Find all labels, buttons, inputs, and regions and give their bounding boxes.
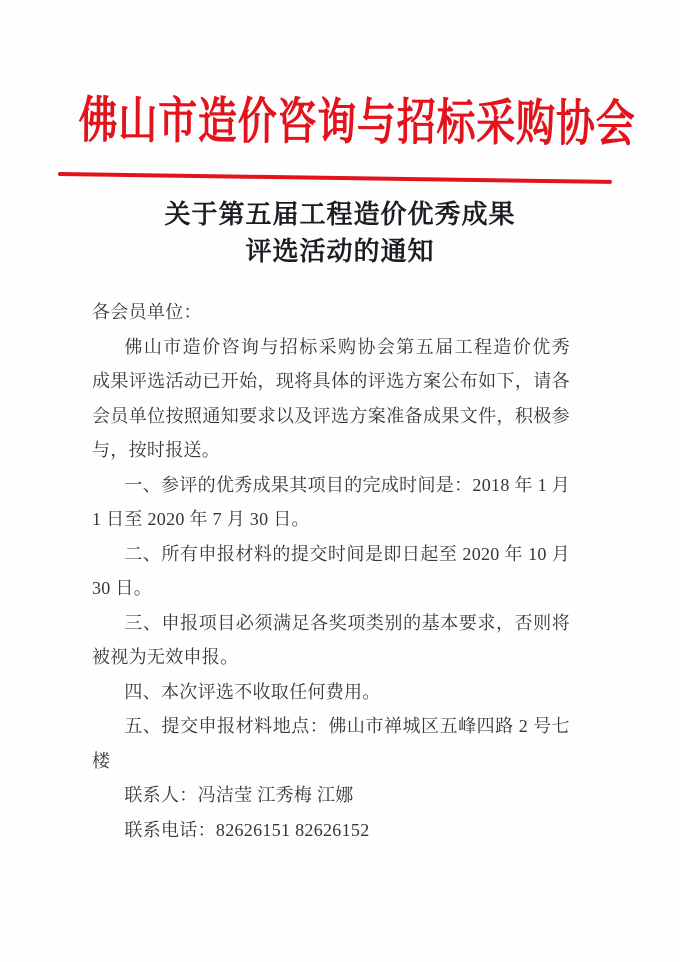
- body-line: 四、本次评选不收取任何费用。: [92, 675, 570, 710]
- letterhead-org-name: 佛山市造价咨询与招标采购协会: [78, 90, 635, 154]
- document-title-line1: 关于第五届工程造价优秀成果: [0, 196, 680, 233]
- body-line: 联系电话：82626151 82626152: [92, 813, 570, 848]
- body-line: 会员单位按照通知要求以及评选方案准备成果文件，积极参: [92, 399, 570, 434]
- body-line: 楼: [92, 744, 570, 779]
- document-title: 关于第五届工程造价优秀成果 评选活动的通知: [0, 196, 680, 270]
- body-line: 二、所有申报材料的提交时间是即日起至 2020 年 10 月: [92, 537, 570, 572]
- red-divider-rule: [58, 172, 612, 184]
- body-line: 1 日至 2020 年 7 月 30 日。: [92, 502, 570, 537]
- body-line: 与，按时报送。: [92, 433, 570, 468]
- body-line: 30 日。: [92, 571, 570, 606]
- body-line: 五、提交申报材料地点：佛山市禅城区五峰四路 2 号七: [92, 709, 570, 744]
- body-line: 联系人：冯洁莹 江秀梅 江娜: [92, 778, 570, 813]
- body-line: 被视为无效申报。: [92, 640, 570, 675]
- body-line: 各会员单位：: [92, 295, 570, 330]
- document-body: 各会员单位：佛山市造价咨询与招标采购协会第五届工程造价优秀成果评选活动已开始，现…: [92, 295, 570, 847]
- letterhead: 佛山市造价咨询与招标采购协会: [0, 92, 680, 152]
- document-title-line2: 评选活动的通知: [0, 233, 680, 270]
- body-line: 成果评选活动已开始，现将具体的评选方案公布如下，请各: [92, 364, 570, 399]
- body-line: 三、申报项目必须满足各奖项类别的基本要求，否则将: [92, 606, 570, 641]
- body-line: 佛山市造价咨询与招标采购协会第五届工程造价优秀: [92, 330, 570, 365]
- scanned-notice-page: 佛山市造价咨询与招标采购协会 关于第五届工程造价优秀成果 评选活动的通知 各会员…: [0, 0, 680, 962]
- body-line: 一、参评的优秀成果其项目的完成时间是：2018 年 1 月: [92, 468, 570, 503]
